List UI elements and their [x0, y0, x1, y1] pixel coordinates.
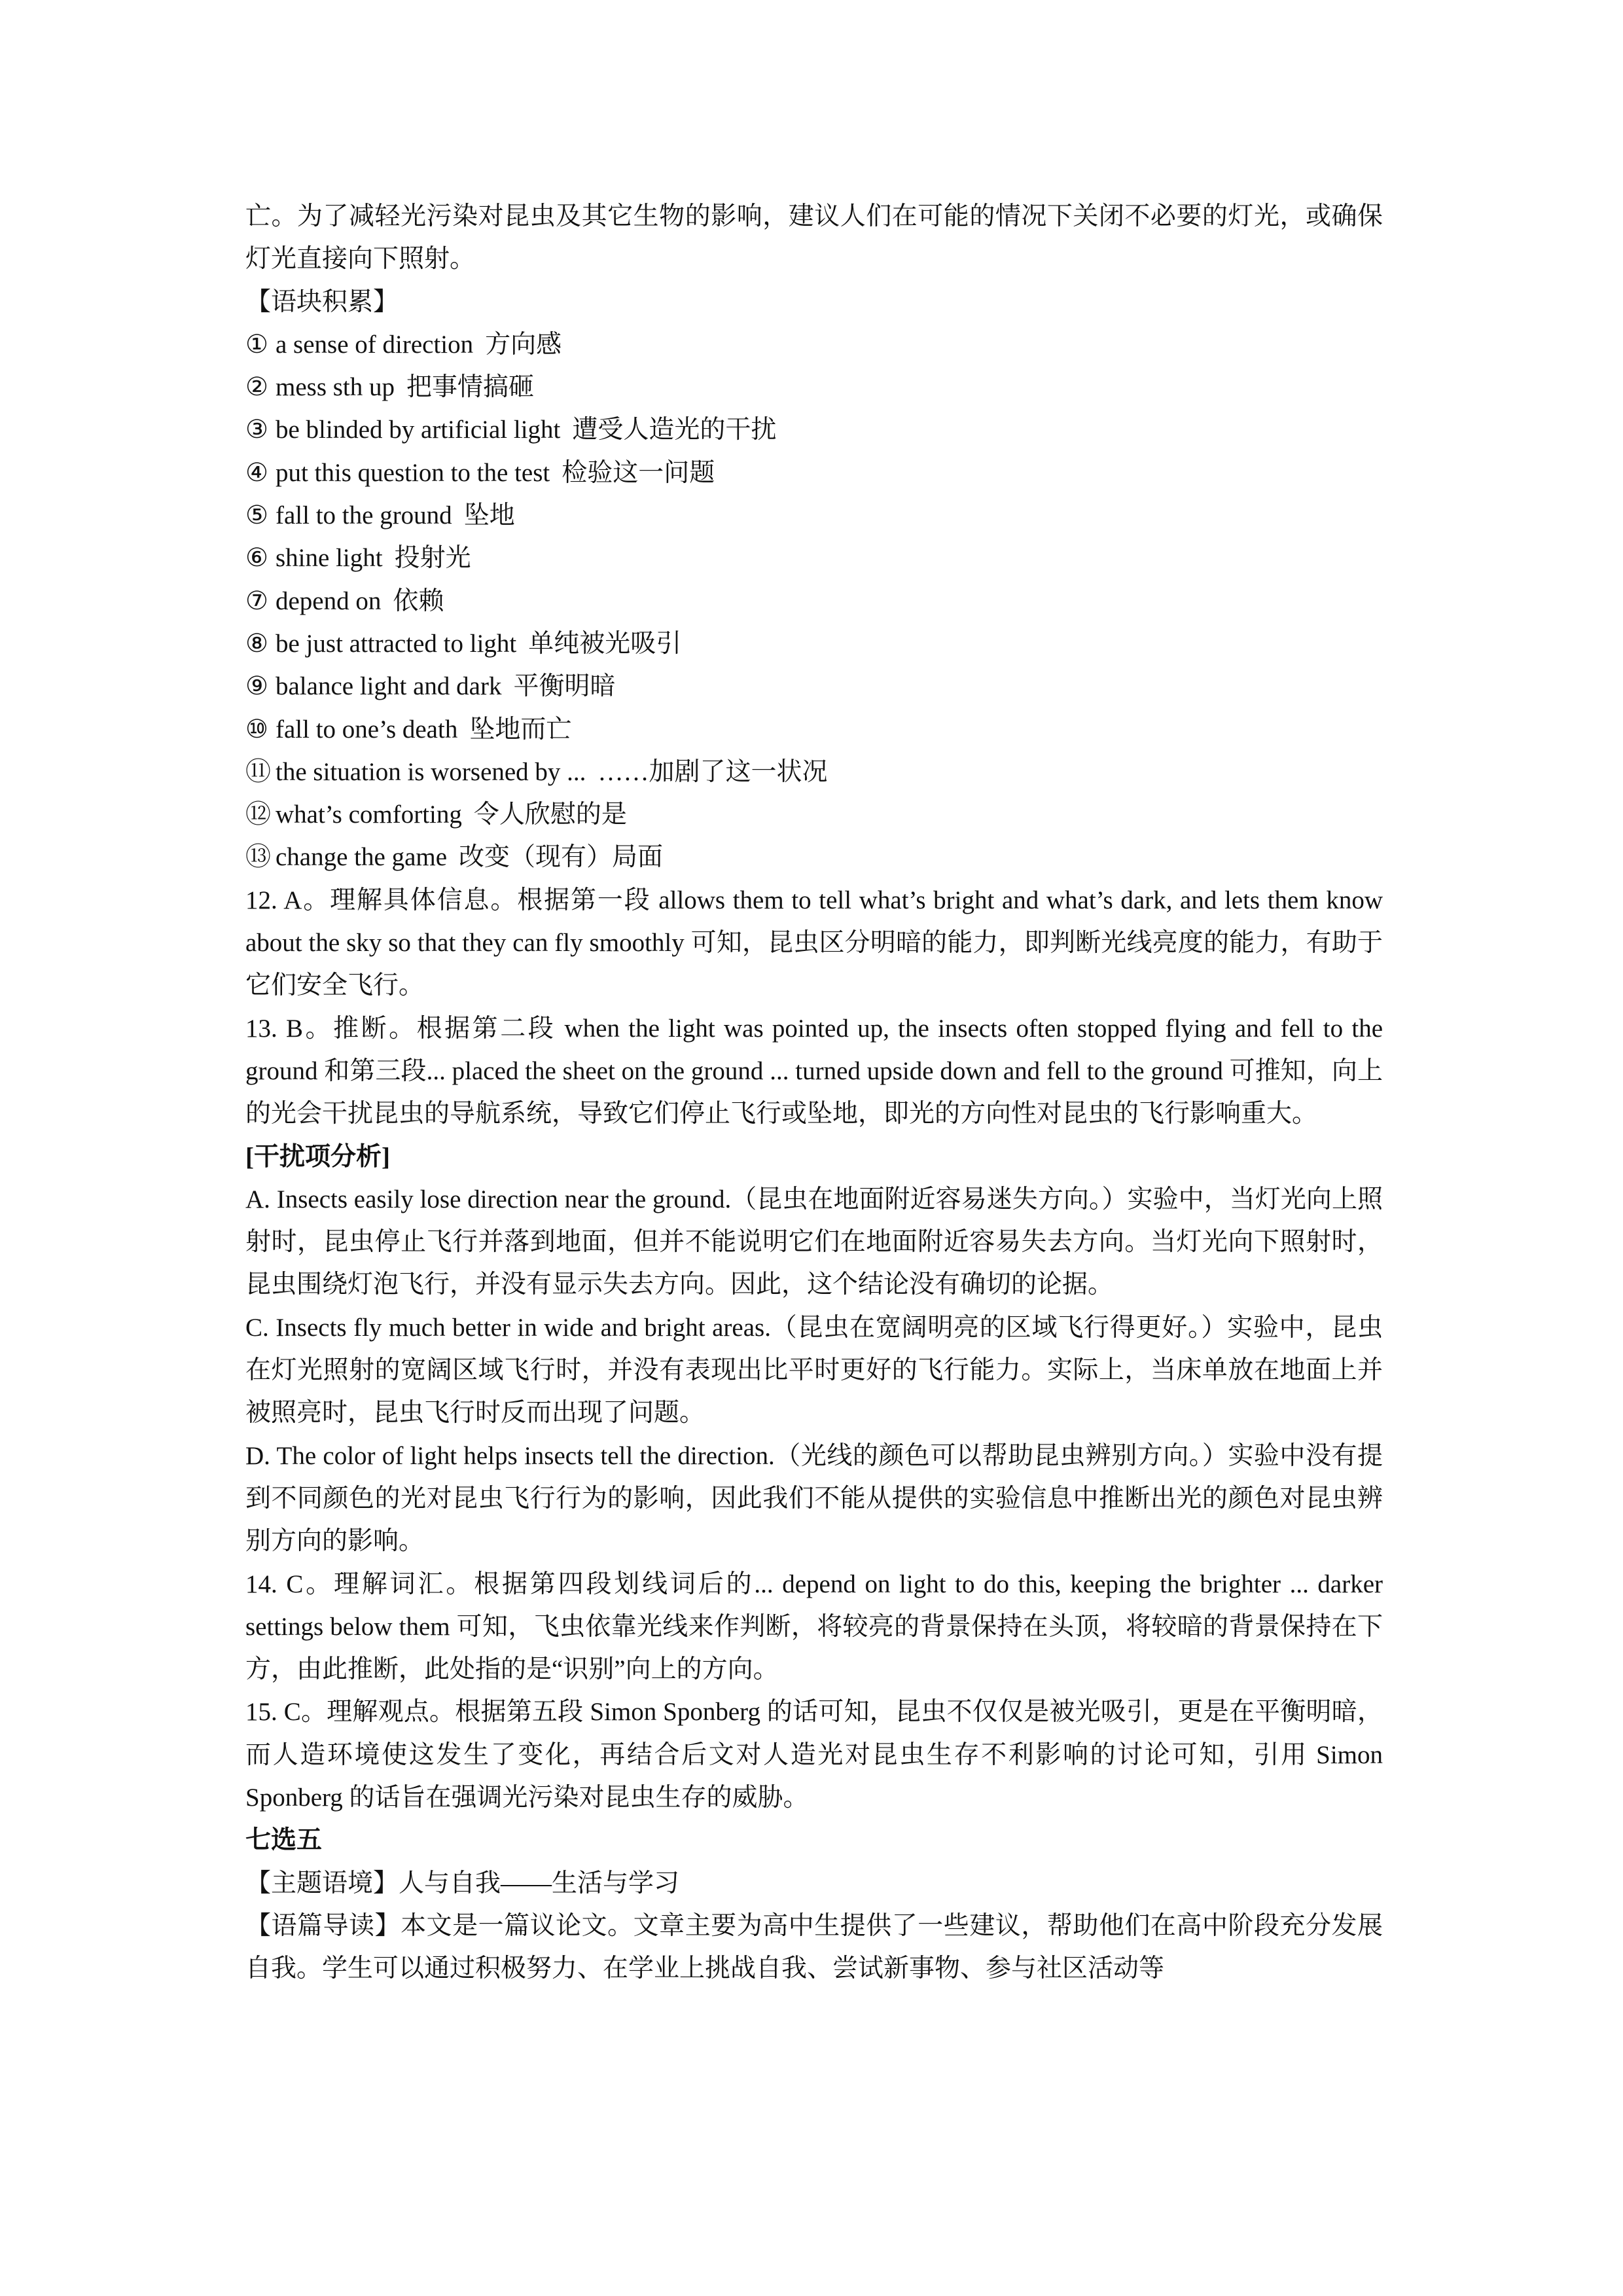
phrase-number: ③: [245, 408, 276, 451]
phrase-english: balance light and dark: [276, 672, 501, 700]
phrase-item: ⑫what’s comforting令人欣慰的是: [245, 793, 1383, 836]
phrase-number: ⑤: [245, 494, 276, 537]
phrase-item: ⑪the situation is worsened by ...……加剧了这一…: [245, 751, 1383, 793]
phrase-english: what’s comforting: [276, 800, 462, 829]
phrase-item: ①a sense of direction方向感: [245, 323, 1383, 366]
phrase-chinese: 检验这一问题: [562, 459, 715, 487]
phrase-chinese: 投射光: [395, 544, 471, 572]
phrase-english: be blinded by artificial light: [276, 416, 560, 444]
phrase-chinese: 依赖: [393, 587, 444, 615]
phrase-chinese: 把事情搞砸: [406, 373, 534, 401]
answer-q13: 13. B。推断。根据第二段 when the light was pointe…: [245, 1007, 1383, 1136]
phrase-english: fall to the ground: [276, 501, 452, 529]
phrase-english: be just attracted to light: [276, 630, 516, 658]
phrase-item: ⑦depend on依赖: [245, 580, 1383, 622]
answer-q12: 12. A。理解具体信息。根据第一段 allows them to tell w…: [245, 879, 1383, 1007]
phrase-item: ⑬change the game改变（现有）局面: [245, 836, 1383, 878]
phrase-chinese: ……加剧了这一状况: [597, 758, 827, 786]
phrase-item: ⑧be just attracted to light单纯被光吸引: [245, 622, 1383, 665]
phrase-number: ⑩: [245, 708, 276, 751]
phrase-item: ②mess sth up把事情搞砸: [245, 366, 1383, 408]
phrase-chinese: 单纯被光吸引: [528, 630, 681, 658]
phrase-english: depend on: [276, 587, 381, 615]
phrase-chinese: 令人欣慰的是: [474, 800, 627, 829]
phrase-english: change the game: [276, 843, 447, 871]
phrase-number: ②: [245, 366, 276, 408]
phrase-chinese: 坠地而亡: [469, 715, 571, 744]
phrase-english: mess sth up: [276, 373, 395, 401]
distractor-option-a: A. Insects easily lose direction near th…: [245, 1178, 1383, 1306]
phrase-number: ⑪: [245, 751, 276, 793]
phrase-english: fall to one’s death: [276, 715, 457, 744]
phrase-item: ④put this question to the test检验这一问题: [245, 452, 1383, 494]
distractor-option-c: C. Insects fly much better in wide and b…: [245, 1306, 1383, 1435]
phrase-number: ⑧: [245, 622, 276, 665]
phrase-chinese: 坠地: [464, 501, 515, 529]
phrase-number: ⑫: [245, 793, 276, 836]
document-page: 亡。为了减轻光污染对昆虫及其它生物的影响，建议人们在可能的情况下关闭不必要的灯光…: [245, 195, 1383, 1990]
phrase-number: ⑥: [245, 537, 276, 579]
phrase-english: shine light: [276, 544, 383, 572]
phrase-number: ⑨: [245, 665, 276, 708]
section-heading: 七选五: [245, 1819, 1383, 1861]
phrase-chinese: 平衡明暗: [513, 672, 615, 700]
phrase-chinese: 方向感: [485, 331, 562, 359]
phrase-chinese: 遭受人造光的干扰: [572, 416, 776, 444]
distractor-heading: [干扰项分析]: [245, 1136, 1383, 1178]
phrase-number: ⑦: [245, 580, 276, 622]
answer-q15: 15. C。理解观点。根据第五段 Simon Sponberg 的话可知，昆虫不…: [245, 1691, 1383, 1819]
phrase-heading: 【语块积累】: [245, 281, 1383, 323]
phrase-english: put this question to the test: [276, 459, 550, 487]
phrase-english: a sense of direction: [276, 331, 473, 359]
phrase-chinese: 改变（现有）局面: [459, 843, 663, 871]
passage-guide: 【语篇导读】本文是一篇议论文。文章主要为高中生提供了一些建议，帮助他们在高中阶段…: [245, 1905, 1383, 1990]
phrase-item: ⑤fall to the ground坠地: [245, 494, 1383, 537]
phrase-item: ⑨balance light and dark平衡明暗: [245, 665, 1383, 708]
phrase-number: ⑬: [245, 836, 276, 878]
phrase-english: the situation is worsened by ...: [276, 758, 586, 786]
theme-context: 【主题语境】人与自我——生活与学习: [245, 1862, 1383, 1905]
intro-paragraph: 亡。为了减轻光污染对昆虫及其它生物的影响，建议人们在可能的情况下关闭不必要的灯光…: [245, 195, 1383, 281]
phrase-number: ①: [245, 323, 276, 366]
phrase-number: ④: [245, 452, 276, 494]
phrase-item: ⑩fall to one’s death坠地而亡: [245, 708, 1383, 751]
distractor-option-d: D. The color of light helps insects tell…: [245, 1435, 1383, 1563]
answer-q14: 14. C。理解词汇。根据第四段划线词后的... depend on light…: [245, 1563, 1383, 1691]
phrase-list: ①a sense of direction方向感②mess sth up把事情搞…: [245, 323, 1383, 879]
phrase-item: ⑥shine light投射光: [245, 537, 1383, 579]
phrase-item: ③be blinded by artificial light遭受人造光的干扰: [245, 408, 1383, 451]
